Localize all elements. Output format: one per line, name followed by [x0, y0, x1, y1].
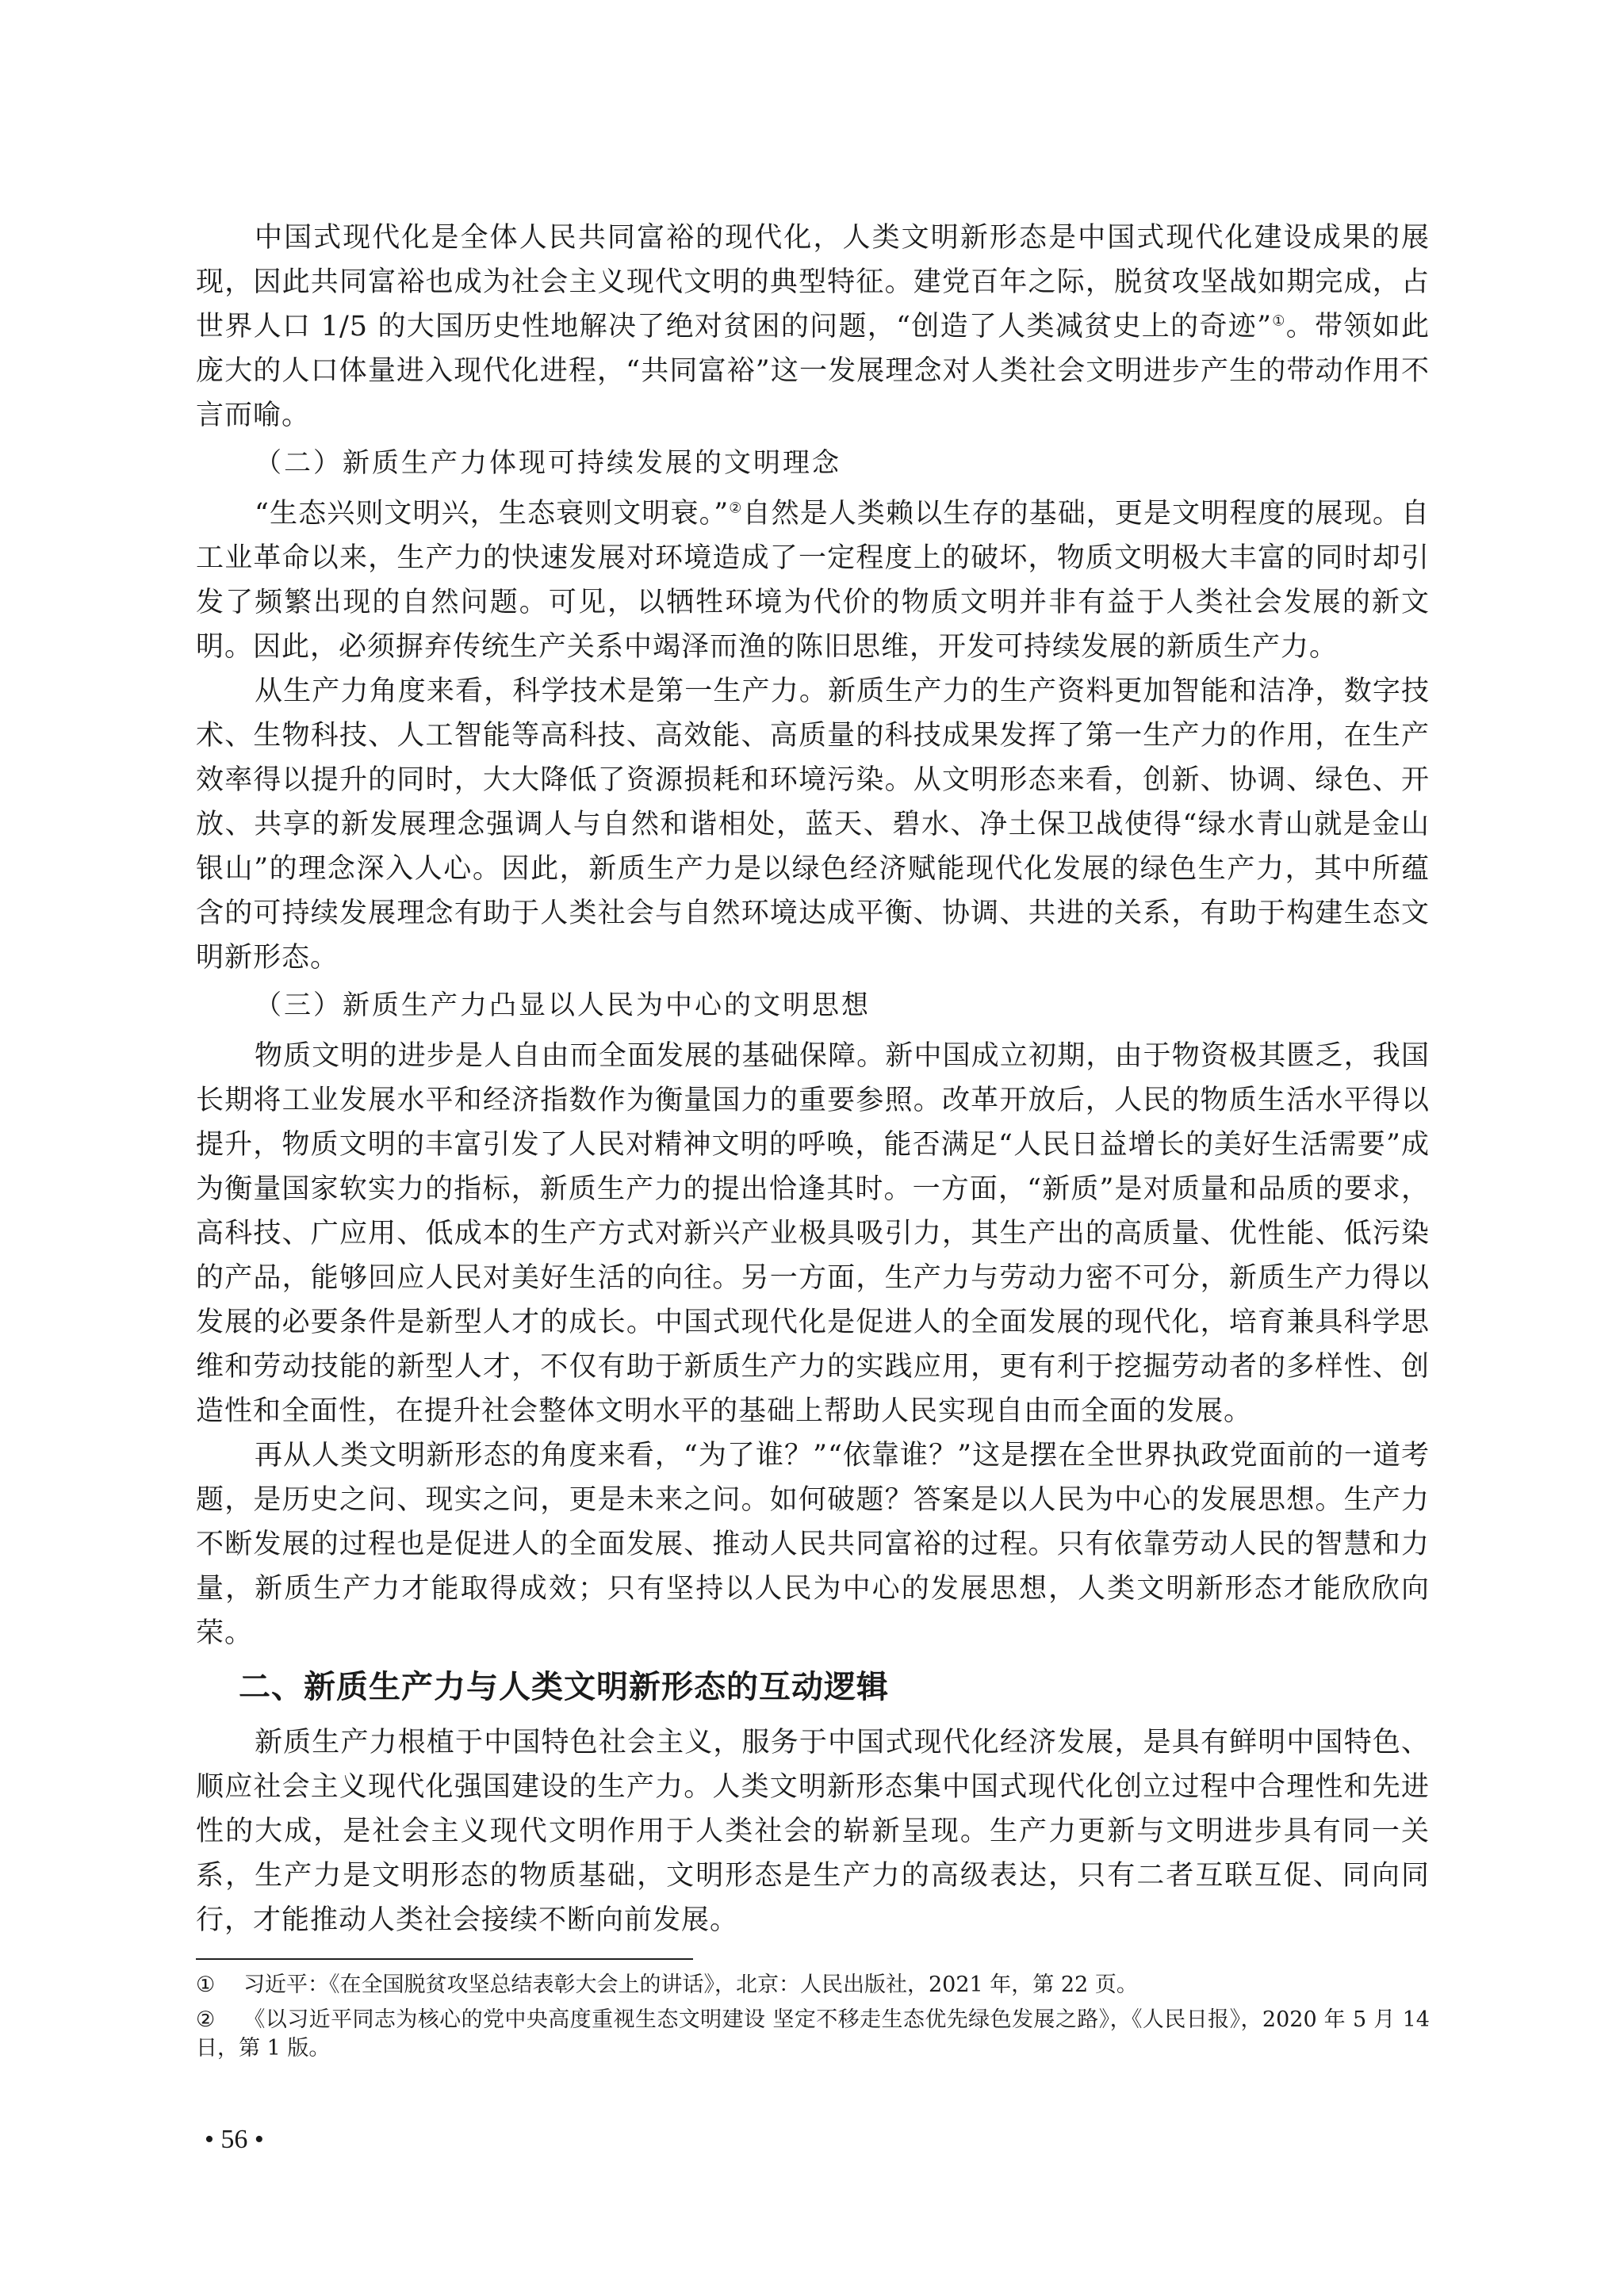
- page-number: • 56 •: [205, 2125, 264, 2155]
- footnote-2: ②《以习近平同志为核心的党中央高度重视生态文明建设 坚定不移走生态优先绿色发展之…: [196, 2006, 1430, 2063]
- subheading-sustainable-development: （二）新质生产力体现可持续发展的文明理念: [196, 441, 1430, 485]
- footnote-ref-1[interactable]: ①: [1272, 312, 1286, 329]
- footnote-1: ①习近平：《在全国脱贫攻坚总结表彰大会上的讲话》，北京：人民出版社，2021 年…: [196, 1971, 1430, 1999]
- paragraph-material-civilization: 物质文明的进步是人自由而全面发展的基础保障。新中国成立初期，由于物资极其匮乏，我…: [196, 1034, 1430, 1433]
- footnote-mark: ①: [196, 1971, 243, 1999]
- subheading-people-centered: （三）新质生产力凸显以人民为中心的文明思想: [196, 983, 1430, 1027]
- paragraph-interaction-logic: 新质生产力根植于中国特色社会主义，服务于中国式现代化经济发展，是具有鲜明中国特色…: [196, 1720, 1430, 1942]
- paragraph-ecology: “生态兴则文明兴，生态衰则文明衰。”②自然是人类赖以生存的基础，更是文明程度的展…: [196, 492, 1430, 669]
- footnote-divider: [196, 1958, 693, 1960]
- paragraph-productivity-perspective: 从生产力角度来看，科学技术是第一生产力。新质生产力的生产资料更加智能和洁净，数字…: [196, 669, 1430, 980]
- paragraph-common-prosperity: 中国式现代化是全体人民共同富裕的现代化，人类文明新形态是中国式现代化建设成果的展…: [196, 216, 1430, 438]
- footnote-mark: ②: [196, 2006, 243, 2034]
- section-heading-interaction-logic: 二、新质生产力与人类文明新形态的互动逻辑: [196, 1663, 1430, 1711]
- paragraph-civilization-perspective: 再从人类文明新形态的角度来看，“为了谁？”“依靠谁？”这是摆在全世界执政党面前的…: [196, 1433, 1430, 1655]
- footnote-ref-2[interactable]: ②: [729, 499, 742, 516]
- article-body: 中国式现代化是全体人民共同富裕的现代化，人类文明新形态是中国式现代化建设成果的展…: [196, 216, 1430, 1942]
- footnotes: ①习近平：《在全国脱贫攻坚总结表彰大会上的讲话》，北京：人民出版社，2021 年…: [196, 1958, 1430, 2069]
